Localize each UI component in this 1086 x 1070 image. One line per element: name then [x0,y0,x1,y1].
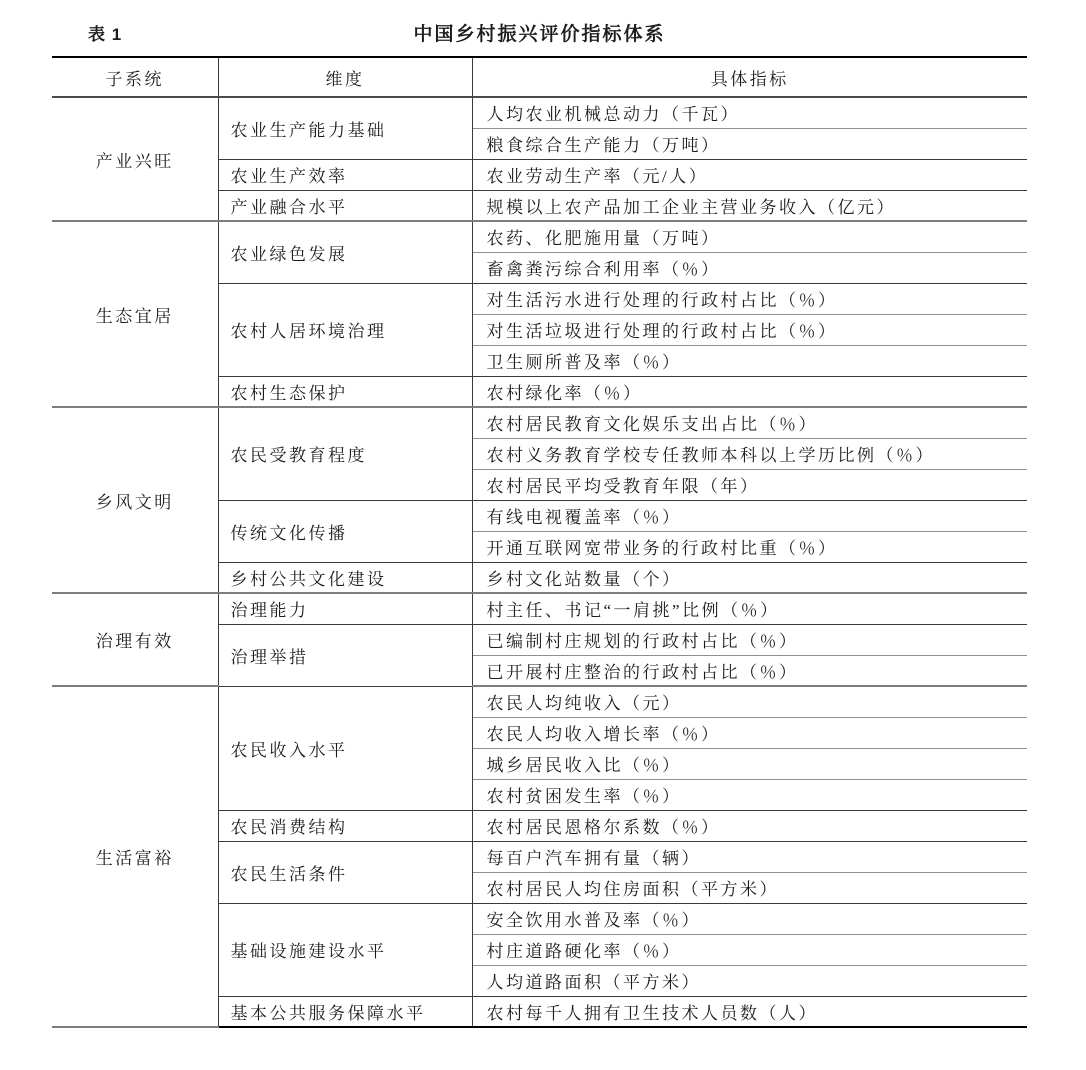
indicator-cell: 畜禽粪污综合利用率（％） [472,252,1027,283]
table-row: 生态宜居农业绿色发展农药、化肥施用量（万吨） [52,221,1027,252]
indicator-table: 子系统 维度 具体指标 产业兴旺农业生产能力基础人均农业机械总动力（千瓦）粮食综… [52,56,1027,1028]
indicator-cell: 安全饮用水普及率（％） [472,903,1027,934]
dimension-cell: 治理能力 [218,593,472,624]
table-row: 生活富裕农民收入水平农民人均纯收入（元） [52,686,1027,717]
indicator-cell: 人均道路面积（平方米） [472,965,1027,996]
indicator-cell: 农村居民教育文化娱乐支出占比（％） [472,407,1027,438]
indicator-cell: 已编制村庄规划的行政村占比（％） [472,624,1027,655]
indicator-cell: 农村绿化率（％） [472,376,1027,407]
subsystem-cell: 乡风文明 [52,407,218,593]
table-row: 产业兴旺农业生产能力基础人均农业机械总动力（千瓦） [52,97,1027,128]
indicator-cell: 村庄道路硬化率（％） [472,934,1027,965]
subsystem-cell: 生活富裕 [52,686,218,1027]
table-caption: 表 1 中国乡村振兴评价指标体系 [52,14,1027,56]
table-title: 中国乡村振兴评价指标体系 [52,19,1027,46]
indicator-cell: 粮食综合生产能力（万吨） [472,128,1027,159]
indicator-cell: 开通互联网宽带业务的行政村比重（％） [472,531,1027,562]
indicator-cell: 农村义务教育学校专任教师本科以上学历比例（％） [472,438,1027,469]
subsystem-cell: 产业兴旺 [52,97,218,221]
dimension-cell: 农村生态保护 [218,376,472,407]
indicator-cell: 农民人均纯收入（元） [472,686,1027,717]
column-header-subsystem: 子系统 [52,57,218,97]
dimension-cell: 农民消费结构 [218,810,472,841]
indicator-cell: 农村居民平均受教育年限（年） [472,469,1027,500]
subsystem-cell: 治理有效 [52,593,218,686]
indicator-cell: 农业劳动生产率（元/人） [472,159,1027,190]
indicator-cell: 已开展村庄整治的行政村占比（％） [472,655,1027,686]
subsystem-cell: 生态宜居 [52,221,218,407]
dimension-cell: 农民收入水平 [218,686,472,810]
dimension-cell: 基本公共服务保障水平 [218,996,472,1027]
header-row: 子系统 维度 具体指标 [52,57,1027,97]
dimension-cell: 乡村公共文化建设 [218,562,472,593]
dimension-cell: 农业绿色发展 [218,221,472,283]
indicator-cell: 农村居民恩格尔系数（％） [472,810,1027,841]
dimension-cell: 农民受教育程度 [218,407,472,500]
table-row: 乡风文明农民受教育程度农村居民教育文化娱乐支出占比（％） [52,407,1027,438]
dimension-cell: 农业生产效率 [218,159,472,190]
indicator-table-body: 产业兴旺农业生产能力基础人均农业机械总动力（千瓦）粮食综合生产能力（万吨）农业生… [52,97,1027,1027]
indicator-cell: 对生活污水进行处理的行政村占比（％） [472,283,1027,314]
indicator-cell: 乡村文化站数量（个） [472,562,1027,593]
indicator-cell: 每百户汽车拥有量（辆） [472,841,1027,872]
dimension-cell: 基础设施建设水平 [218,903,472,996]
column-header-indicator: 具体指标 [472,57,1027,97]
indicator-cell: 农村每千人拥有卫生技术人员数（人） [472,996,1027,1027]
indicator-cell: 人均农业机械总动力（千瓦） [472,97,1027,128]
column-header-dimension: 维度 [218,57,472,97]
dimension-cell: 农业生产能力基础 [218,97,472,159]
indicator-cell: 农民人均收入增长率（％） [472,717,1027,748]
dimension-cell: 传统文化传播 [218,500,472,562]
table-row: 治理有效治理能力村主任、书记“一肩挑”比例（％） [52,593,1027,624]
indicator-cell: 农村贫困发生率（％） [472,779,1027,810]
indicator-cell: 村主任、书记“一肩挑”比例（％） [472,593,1027,624]
dimension-cell: 农村人居环境治理 [218,283,472,376]
indicator-cell: 城乡居民收入比（％） [472,748,1027,779]
indicator-table-header: 子系统 维度 具体指标 [52,57,1027,97]
page: 表 1 中国乡村振兴评价指标体系 子系统 维度 具体指标 产业兴旺农业生产能力基… [52,14,1027,1028]
indicator-cell: 有线电视覆盖率（％） [472,500,1027,531]
dimension-cell: 治理举措 [218,624,472,686]
indicator-cell: 农村居民人均住房面积（平方米） [472,872,1027,903]
indicator-cell: 规模以上农产品加工企业主营业务收入（亿元） [472,190,1027,221]
dimension-cell: 产业融合水平 [218,190,472,221]
dimension-cell: 农民生活条件 [218,841,472,903]
indicator-cell: 对生活垃圾进行处理的行政村占比（％） [472,314,1027,345]
indicator-cell: 农药、化肥施用量（万吨） [472,221,1027,252]
indicator-cell: 卫生厕所普及率（％） [472,345,1027,376]
